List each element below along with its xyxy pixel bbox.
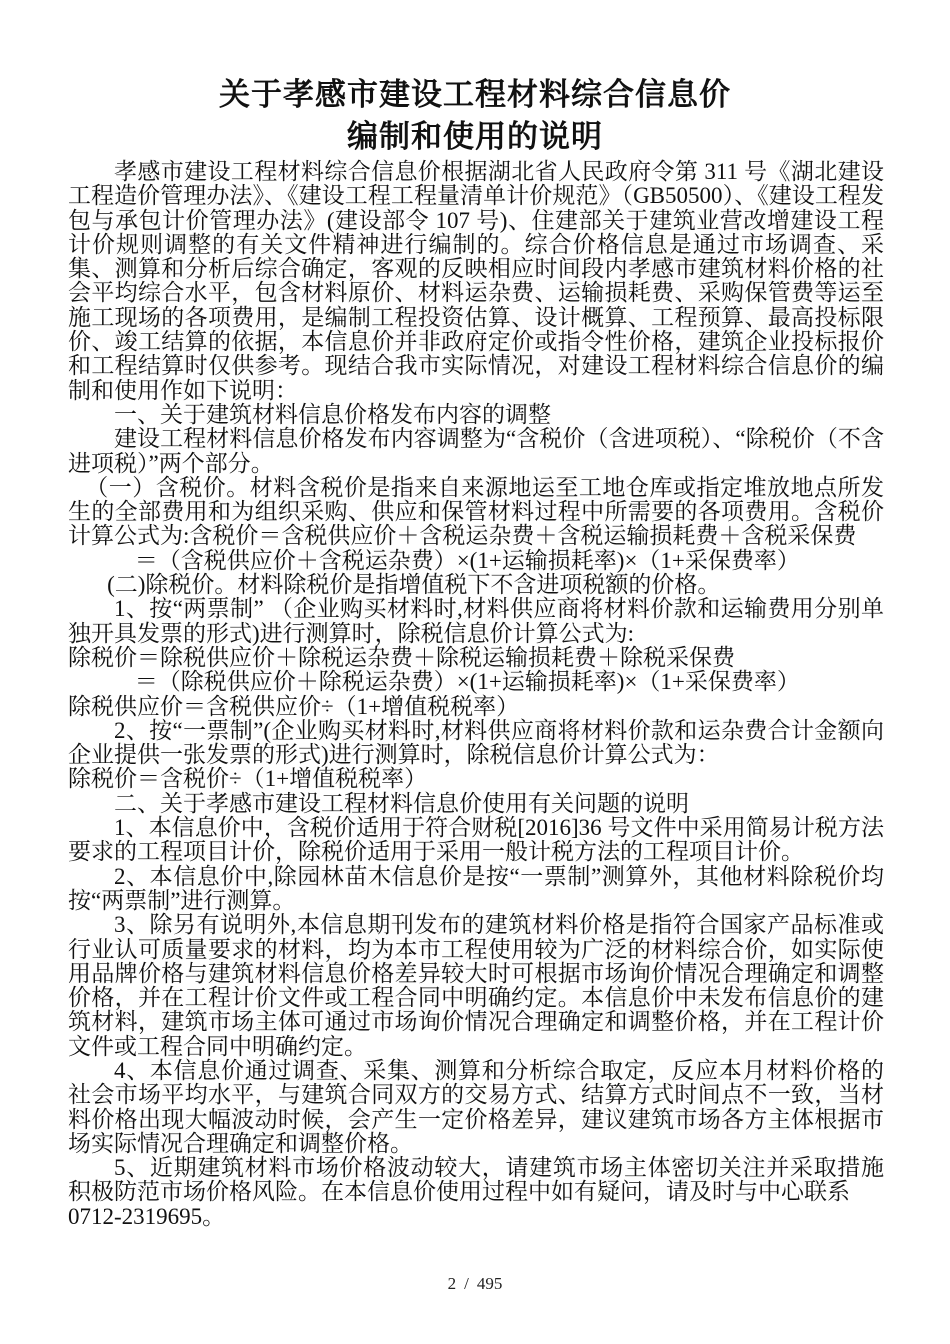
formula-line: 除税价＝除税供应价＋除税运杂费＋除税运输损耗费＋除税采保费 [68, 646, 884, 670]
page-number-separator: / [464, 1274, 469, 1293]
numbered-paragraph: 2、本信息价中,除园林苗木信息价是按“一票制”测算外，其他材料除税价均按“两票制… [68, 865, 884, 914]
section-heading: 一、关于建筑材料信息价格发布内容的调整 [68, 403, 884, 427]
numbered-paragraph: 1、本信息价中，含税价适用于符合财税[2016]36 号文件中采用简易计税方法要… [68, 816, 884, 865]
document-body: 孝感市建设工程材料综合信息价根据湖北省人民政府令第 311 号《湖北建设工程造价… [0, 160, 950, 1229]
numbered-paragraph: 3、除另有说明外,本信息期刊发布的建筑材料价格是指符合国家产品标准或行业认可质量… [68, 913, 884, 1059]
title-line-1: 关于孝感市建设工程材料综合信息价 [0, 74, 950, 116]
standalone-line: 0712-2319695。 [68, 1205, 884, 1229]
numbered-paragraph: 5、近期建筑材料市场价格波动较大，请建筑市场主体密切关注并采取措施积极防范市场价… [68, 1156, 884, 1205]
page-number-current: 2 [448, 1274, 457, 1293]
numbered-paragraph: 4、本信息价通过调查、采集、测算和分析综合取定，反应本月材料价格的社会市场平均水… [68, 1059, 884, 1156]
numbered-paragraph: 1、按“两票制” （企业购买材料时,材料供应商将材料价款和运输费用分别单独开具发… [68, 597, 884, 646]
formula-line: 除税供应价＝含税供应价÷（1+增值税税率） [68, 695, 884, 719]
page-title: 关于孝感市建设工程材料综合信息价 编制和使用的说明 [0, 0, 950, 158]
page-footer: 2/495 [0, 1274, 950, 1294]
formula-line: 除税价＝含税价÷（1+增值税税率） [68, 767, 884, 791]
subsection-paragraph-fullwidth: （一）含税价。材料含税价是指来自来源地运至工地仓库或指定堆放地点所发生的全部费用… [68, 476, 884, 549]
subsection-paragraph-halfwidth: (二)除税价。材料除税价是指增值税下不含进项税额的价格。 [68, 573, 884, 597]
document-page: 关于孝感市建设工程材料综合信息价 编制和使用的说明 孝感市建设工程材料综合信息价… [0, 0, 950, 1344]
body-paragraph: 孝感市建设工程材料综合信息价根据湖北省人民政府令第 311 号《湖北建设工程造价… [68, 160, 884, 403]
body-paragraph: 建设工程材料信息价格发布内容调整为“含税价（含进项税）、“除税价（不含进项税）”… [68, 427, 884, 476]
formula-continuation: ＝（含税供应价＋含税运杂费）×(1+运输损耗率)×（1+采保费率） [68, 549, 884, 573]
title-line-2: 编制和使用的说明 [0, 116, 950, 158]
numbered-paragraph: 2、按“一票制”(企业购买材料时,材料供应商将材料价款和运杂费合计金额向企业提供… [68, 719, 884, 768]
formula-continuation: ＝（除税供应价＋除税运杂费）×(1+运输损耗率)×（1+采保费率） [68, 670, 884, 694]
page-number-total: 495 [477, 1274, 503, 1293]
section-heading: 二、关于孝感市建设工程材料信息价使用有关问题的说明 [68, 792, 884, 816]
